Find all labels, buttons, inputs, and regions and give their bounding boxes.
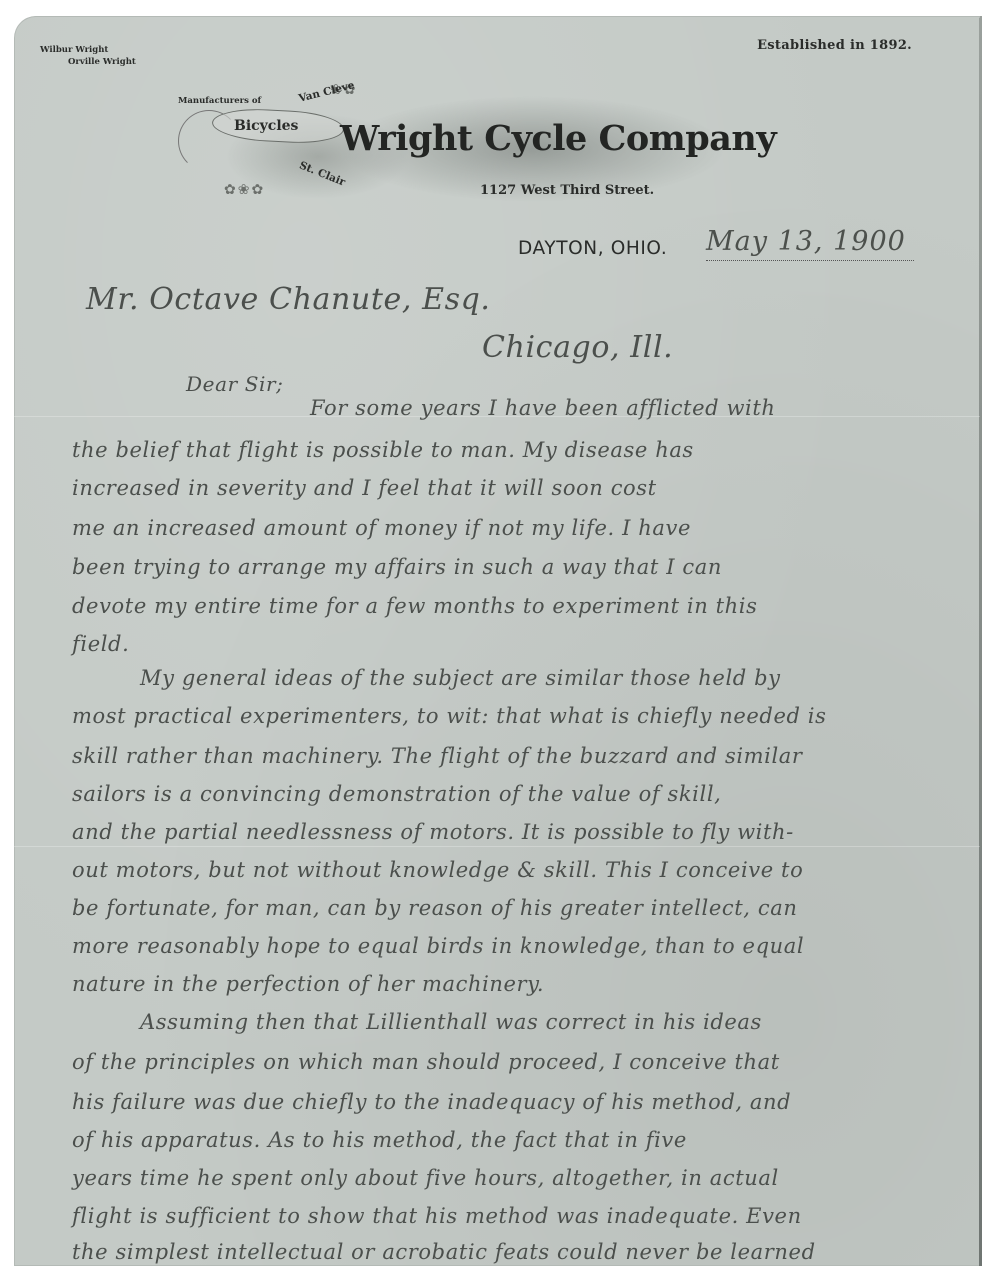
banner-main-text: Bicycles <box>234 118 298 134</box>
letter-line: the belief that flight is possible to ma… <box>72 438 694 462</box>
flower-ornament-icon: ✿❀✿ <box>224 182 265 198</box>
letter-line: me an increased amount of money if not m… <box>72 516 691 540</box>
city-line: DAYTON, OHIO. <box>518 238 667 259</box>
partners-names: Wilbur Wright Orville Wright <box>40 44 136 68</box>
fold-line <box>14 846 980 847</box>
letter-line: most practical experimenters, to wit: th… <box>72 704 827 728</box>
letter-line: flight is sufficient to show that his me… <box>72 1204 802 1228</box>
letter-line: the simplest intellectual or acrobatic f… <box>72 1240 816 1264</box>
letter-line: be fortunate, for man, can by reason of … <box>72 896 797 920</box>
letter-line: nature in the perfection of her machiner… <box>72 972 544 996</box>
recipient-name: Mr. Octave Chanute, Esq. <box>86 282 491 317</box>
salutation: Dear Sir; <box>186 372 284 396</box>
letter-line: Assuming then that Lillienthall was corr… <box>140 1010 762 1034</box>
letter-line: skill rather than machinery. The flight … <box>72 744 803 768</box>
paper-edge <box>979 18 982 1266</box>
letter-line: his failure was due chiefly to the inade… <box>72 1090 791 1114</box>
letter-line: sailors is a convincing demonstration of… <box>72 782 721 806</box>
letter-line: For some years I have been afflicted wit… <box>310 396 776 420</box>
letter-line: field. <box>72 632 129 656</box>
letter-line: years time he spent only about five hour… <box>72 1166 779 1190</box>
company-name: Wright Cycle Company <box>340 118 776 159</box>
letter-line: devote my entire time for a few months t… <box>72 594 757 618</box>
letter-line: My general ideas of the subject are simi… <box>140 666 781 690</box>
partner-name: Wilbur Wright <box>40 44 136 56</box>
letter-line: and the partial needlessness of motors. … <box>72 820 794 844</box>
letter-line: been trying to arrange my affairs in suc… <box>72 555 722 579</box>
company-address: 1127 West Third Street. <box>480 183 654 198</box>
date-text: May 13, 1900 <box>706 226 906 257</box>
date-field: May 13, 1900 <box>706 226 914 261</box>
partner-name: Orville Wright <box>40 56 136 68</box>
established-note: Established in 1892. <box>757 38 912 53</box>
letter-line: more reasonably hope to equal birds in k… <box>72 934 804 958</box>
manufacturers-label: Manufacturers of <box>178 96 261 106</box>
letter-line: increased in severity and I feel that it… <box>72 476 657 500</box>
letter-line: of his apparatus. As to his method, the … <box>72 1128 687 1152</box>
letter-line: out motors, but not without knowledge & … <box>72 858 803 882</box>
recipient-city: Chicago, Ill. <box>482 330 673 365</box>
letter-line: of the principles on which man should pr… <box>72 1050 780 1074</box>
